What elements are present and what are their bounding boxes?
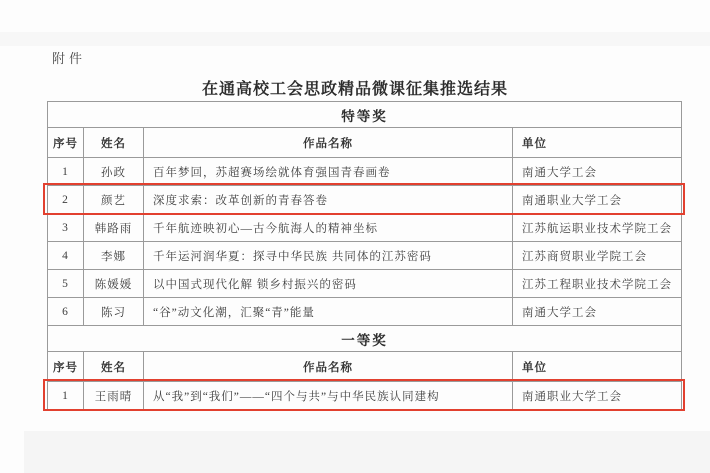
cell-unit: 江苏航运职业技术学院工会 xyxy=(513,214,682,242)
cell-work: 以中国式现代化解 锁乡村振兴的密码 xyxy=(144,270,513,298)
cell-name: 陈习 xyxy=(84,298,144,326)
cell-no: 6 xyxy=(48,298,84,326)
cell-name: 颜艺 xyxy=(84,186,144,214)
table-row: 2颜艺深度求索：改革创新的青春答卷南通职业大学工会 xyxy=(48,186,682,214)
cell-unit: 南通职业大学工会 xyxy=(513,186,682,214)
table-row: 1王雨晴从“我”到“我们”——“四个与共”与中华民族认同建构南通职业大学工会 xyxy=(48,382,682,410)
cell-no: 4 xyxy=(48,242,84,270)
page-edge-shade-top xyxy=(0,32,710,46)
document-page: 附件 在通高校工会思政精品微课征集推选结果 特等奖序号姓名作品名称单位1孙政百年… xyxy=(0,0,710,473)
cell-no: 3 xyxy=(48,214,84,242)
column-header-name: 姓名 xyxy=(84,128,144,158)
column-header-no: 序号 xyxy=(48,352,84,382)
cell-work: 千年运河润华夏：探寻中华民族 共同体的江苏密码 xyxy=(144,242,513,270)
table-row: 3韩路雨千年航迹映初心—古今航海人的精神坐标江苏航运职业技术学院工会 xyxy=(48,214,682,242)
cell-unit: 江苏商贸职业学院工会 xyxy=(513,242,682,270)
cell-no: 1 xyxy=(48,158,84,186)
cell-name: 李娜 xyxy=(84,242,144,270)
cell-work: 深度求索：改革创新的青春答卷 xyxy=(144,186,513,214)
cell-name: 陈媛媛 xyxy=(84,270,144,298)
cell-unit: 南通职业大学工会 xyxy=(513,382,682,410)
column-header-unit: 单位 xyxy=(513,352,682,382)
cell-name: 王雨晴 xyxy=(84,382,144,410)
column-header-row: 序号姓名作品名称单位 xyxy=(48,352,682,382)
table-row: 4李娜千年运河润华夏：探寻中华民族 共同体的江苏密码江苏商贸职业学院工会 xyxy=(48,242,682,270)
results-table: 特等奖序号姓名作品名称单位1孙政百年梦回，苏超赛场绘就体育强国青春画卷南通大学工… xyxy=(47,101,682,410)
cell-no: 1 xyxy=(48,382,84,410)
cell-name: 韩路雨 xyxy=(84,214,144,242)
award-section-title: 特等奖 xyxy=(48,102,682,128)
cell-work: “谷”动文化潮，汇聚“青”能量 xyxy=(144,298,513,326)
cell-work: 百年梦回，苏超赛场绘就体育强国青春画卷 xyxy=(144,158,513,186)
table-row: 5陈媛媛以中国式现代化解 锁乡村振兴的密码江苏工程职业技术学院工会 xyxy=(48,270,682,298)
column-header-name: 姓名 xyxy=(84,352,144,382)
award-section-row: 特等奖 xyxy=(48,102,682,128)
table-row: 6陈习“谷”动文化潮，汇聚“青”能量南通大学工会 xyxy=(48,298,682,326)
page-edge-shade-bottom xyxy=(24,431,710,473)
column-header-row: 序号姓名作品名称单位 xyxy=(48,128,682,158)
cell-name: 孙政 xyxy=(84,158,144,186)
table-row: 1孙政百年梦回，苏超赛场绘就体育强国青春画卷南通大学工会 xyxy=(48,158,682,186)
column-header-work: 作品名称 xyxy=(144,128,513,158)
page-title: 在通高校工会思政精品微课征集推选结果 xyxy=(0,76,710,99)
cell-work: 千年航迹映初心—古今航海人的精神坐标 xyxy=(144,214,513,242)
column-header-unit: 单位 xyxy=(513,128,682,158)
cell-unit: 南通大学工会 xyxy=(513,158,682,186)
column-header-no: 序号 xyxy=(48,128,84,158)
award-section-row: 一等奖 xyxy=(48,326,682,352)
column-header-work: 作品名称 xyxy=(144,352,513,382)
cell-unit: 江苏工程职业技术学院工会 xyxy=(513,270,682,298)
cell-no: 2 xyxy=(48,186,84,214)
cell-no: 5 xyxy=(48,270,84,298)
cell-unit: 南通大学工会 xyxy=(513,298,682,326)
attachment-label: 附件 xyxy=(52,48,86,67)
award-section-title: 一等奖 xyxy=(48,326,682,352)
cell-work: 从“我”到“我们”——“四个与共”与中华民族认同建构 xyxy=(144,382,513,410)
